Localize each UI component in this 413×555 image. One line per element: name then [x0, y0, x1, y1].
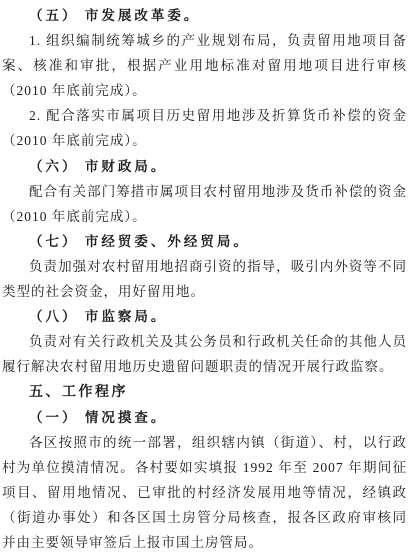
section-heading: （八） 市监察局。 [2, 304, 407, 329]
body-text-line: 并由主要领导审签后上报市国土房管局。 [2, 530, 407, 555]
paragraph: 负责对有关行政机关及其公务员和行政机关任命的其他人员履行解决农村留用地历史遗留问… [2, 329, 407, 379]
body-text-line: 负责对有关行政机关及其公务员和行政机关任命的其他人员 [2, 329, 407, 354]
paragraph: 配合有关部门筹措市属项目农村留用地涉及货币补偿的资金（2010 年底前完成）。 [2, 179, 407, 229]
body-text-line: （2010 年底前完成）。 [2, 204, 407, 229]
body-text-line: 各区按照市的统一部署，组织辖内镇（街道）、村，以行政 [2, 430, 407, 455]
paragraph: 负责加强对农村留用地招商引资的指导，吸引内外资等不同类型的社会资金，用好留用地。 [2, 254, 407, 304]
heading-line: （一） 情况摸查。 [2, 405, 407, 430]
paragraph: 各区按照市的统一部署，组织辖内镇（街道）、村，以行政村为单位摸清情况。各村要如实… [2, 430, 407, 555]
body-text-line: 类型的社会资金，用好留用地。 [2, 279, 407, 304]
heading-line: （七） 市经贸委、外经贸局。 [2, 229, 407, 254]
body-text-line: 负责加强对农村留用地招商引资的指导，吸引内外资等不同 [2, 254, 407, 279]
section-heading: 五、工作程序 [2, 379, 407, 404]
section-heading: （五） 市发展改革委。 [2, 3, 407, 28]
section-heading: （六） 市财政局。 [2, 154, 407, 179]
document-page: （五） 市发展改革委。1. 组织编制统筹城乡的产业规划布局，负责留用地项目备案、… [0, 0, 413, 555]
heading-line: （五） 市发展改革委。 [2, 3, 407, 28]
body-text-line: 1. 组织编制统筹城乡的产业规划布局，负责留用地项目备 [2, 28, 407, 53]
section-heading: （七） 市经贸委、外经贸局。 [2, 229, 407, 254]
body-text-line: （2010 年底前完成）。 [2, 128, 407, 153]
body-text-line: 履行解决农村留用地历史遗留问题职责的情况开展行政监察。 [2, 354, 407, 379]
body-text-line: 村为单位摸清情况。各村要如实填报 1992 年至 2007 年期间征地 [2, 455, 407, 480]
paragraph: 1. 组织编制统筹城乡的产业规划布局，负责留用地项目备案、核准和审批，根据产业用… [2, 28, 407, 103]
paragraph-list: （五） 市发展改革委。1. 组织编制统筹城乡的产业规划布局，负责留用地项目备案、… [2, 3, 407, 555]
body-text-line: 配合有关部门筹措市属项目农村留用地涉及货币补偿的资金 [2, 179, 407, 204]
section-heading: （一） 情况摸查。 [2, 405, 407, 430]
body-text-line: （2010 年底前完成）。 [2, 78, 407, 103]
body-text-line: 2. 配合落实市属项目历史留用地涉及折算货币补偿的资金 [2, 103, 407, 128]
body-text-line: （街道办事处）和各区国土房管分局核查，报各区政府审核同意 [2, 505, 407, 530]
heading-line: （六） 市财政局。 [2, 154, 407, 179]
heading-line: （八） 市监察局。 [2, 304, 407, 329]
body-text-line: 项目、留用地情况、已审批的村经济发展用地等情况，经镇政府 [2, 480, 407, 505]
paragraph: 2. 配合落实市属项目历史留用地涉及折算货币补偿的资金（2010 年底前完成）。 [2, 103, 407, 153]
heading-line: 五、工作程序 [2, 379, 407, 404]
body-text-line: 案、核准和审批，根据产业用地标准对留用地项目进行审核 [2, 53, 407, 78]
